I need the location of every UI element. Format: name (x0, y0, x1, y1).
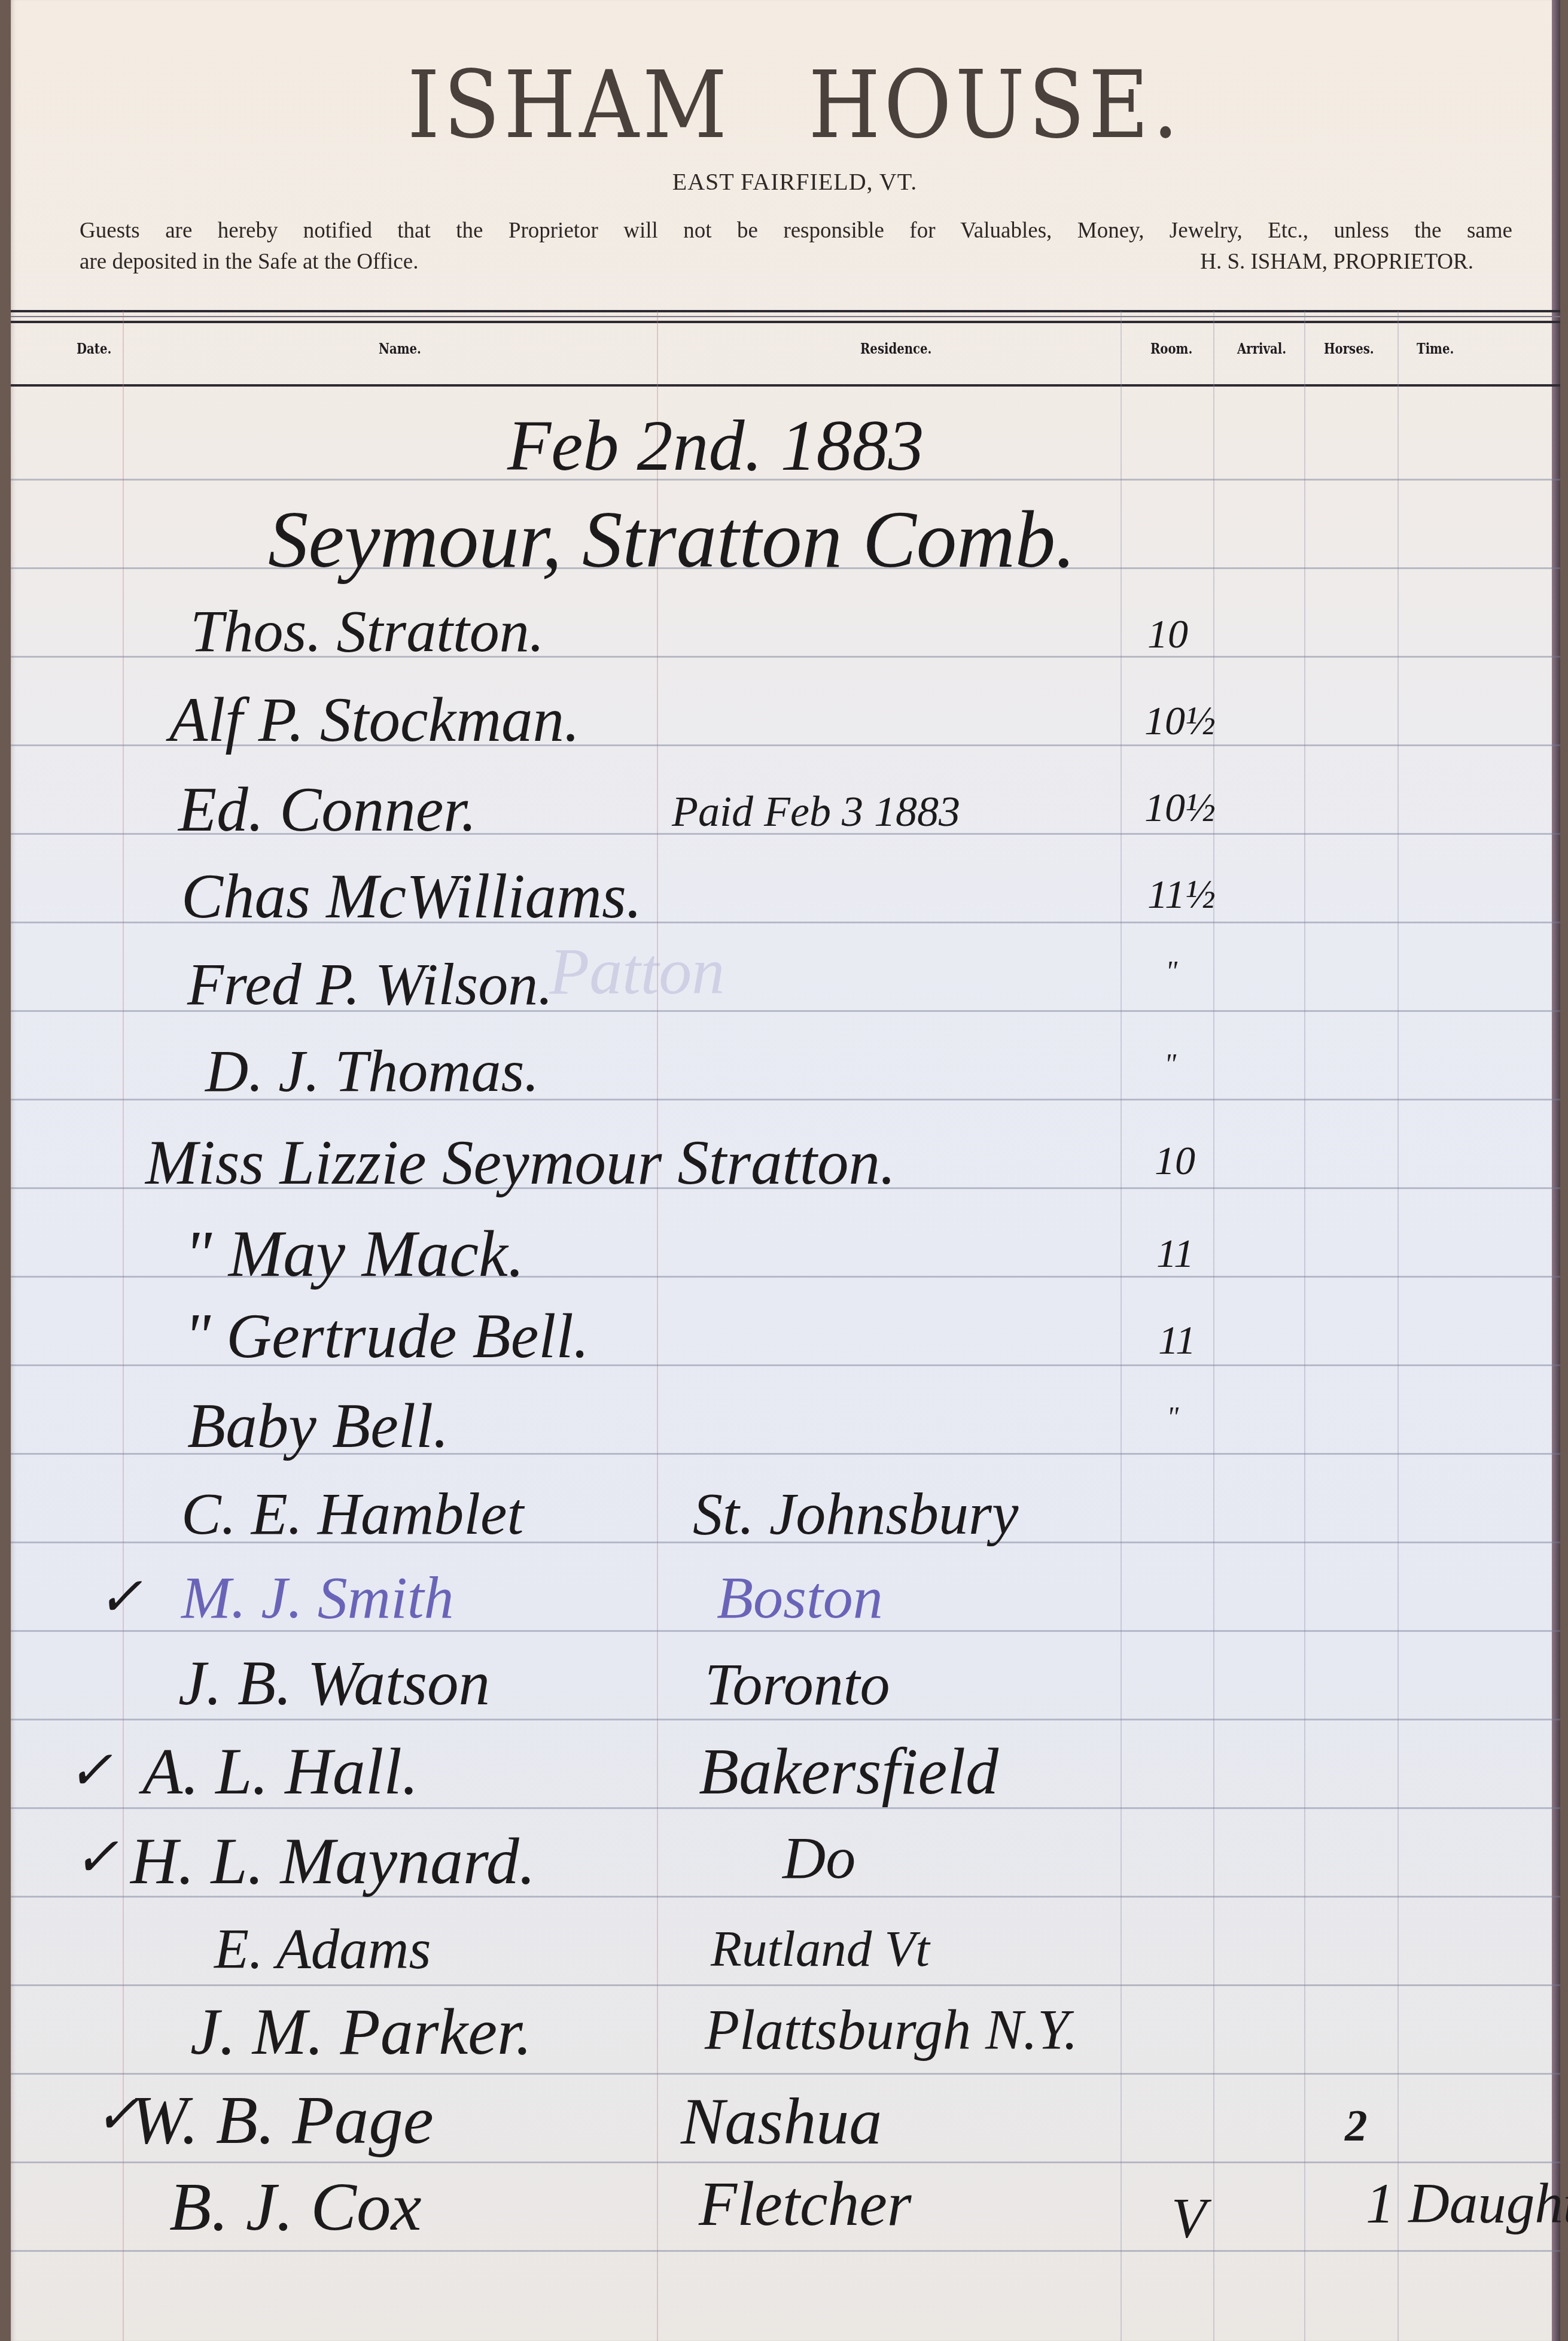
column-divider-arrival (1213, 311, 1214, 2341)
entry-name: M. J. Smith (181, 1568, 453, 1628)
check-mark: ✓ (74, 1831, 118, 1885)
column-header-time: Time. (1417, 340, 1454, 357)
notice-text: Guests are hereby notified that the Prop… (80, 215, 1515, 278)
header-rule-top (11, 310, 1560, 312)
entry-room: " (1167, 1403, 1179, 1432)
page-edge (1552, 0, 1560, 2341)
header-rule-top-thin (11, 316, 1560, 317)
entry-name: Thos. Stratton. (190, 601, 544, 661)
column-divider-horses (1304, 311, 1305, 2341)
entry-date-heading: Feb 2nd. 1883 (507, 410, 924, 482)
entry-name: Fred P. Wilson. (187, 954, 553, 1014)
register-page: ISHAMHOUSE. EAST FAIRFIELD, VT. Guests a… (11, 0, 1560, 2341)
proprietor-signature: H. S. ISHAM, PROPRIETOR. (1200, 247, 1473, 278)
entry-residence: Paid Feb 3 1883 (672, 790, 960, 833)
check-mark: ✓ (68, 1744, 112, 1798)
column-header-name: Name. (379, 340, 421, 357)
entry-name: Miss Lizzie Seymour Stratton. (145, 1131, 896, 1194)
entry-residence: Rutland Vt (711, 1924, 930, 1975)
entry-room: 10 (1147, 613, 1188, 654)
row-rule (11, 2073, 1560, 2075)
entry-residence: Do (783, 1828, 855, 1888)
hotel-title-part1: ISHAM (407, 51, 730, 159)
entry-room: 11 (1158, 1320, 1196, 1360)
entry-name: C. E. Hamblet (181, 1484, 523, 1544)
notice-line-1: Guests are hereby notified that the Prop… (29, 215, 1512, 247)
entry-room: 11½ (1147, 874, 1216, 914)
entry-name: Ed. Conner. (178, 778, 477, 841)
entry-horses: 2 (1345, 2103, 1368, 2148)
row-rule (11, 2161, 1560, 2163)
entry-name: " May Mack. (184, 1221, 524, 1287)
column-header-residence: Residence. (860, 340, 931, 357)
entry-room: 10½ (1144, 787, 1216, 828)
entry-name: J. B. Watson (178, 1652, 490, 1714)
entry-residence: Boston (717, 1568, 883, 1628)
entry-name: D. J. Thomas. (205, 1041, 539, 1101)
check-mark: ✓ (95, 2088, 139, 2142)
entry-name: Alf P. Stockman. (169, 688, 580, 751)
notice-line-2: are deposited in the Safe at the Office. (80, 247, 418, 278)
group-heading: Seymour, Stratton Comb. (268, 500, 1076, 580)
entry-room: 11 (1156, 1233, 1194, 1273)
entry-room: V (1171, 2190, 1206, 2247)
header-rule-bottom (11, 384, 1560, 387)
entry-name: " Gertrude Bell. (184, 1305, 589, 1367)
entry-room: 10½ (1144, 700, 1216, 741)
column-divider-room (1121, 311, 1122, 2341)
row-rule (11, 1984, 1560, 1986)
entry-residence: Fletcher (699, 2172, 912, 2235)
column-header-date: Date. (77, 340, 111, 357)
entry-name: Chas McWilliams. (181, 865, 642, 928)
column-header-horses: Horses. (1324, 340, 1374, 357)
check-mark: ✓ (98, 1571, 142, 1625)
entry-residence: Nashua (681, 2088, 882, 2154)
entry-room: " (1164, 1050, 1176, 1079)
bleed-through-text: Patton (549, 934, 724, 1010)
entry-residence: Bakersfield (699, 1738, 998, 1804)
entry-name: J. M. Parker. (190, 1999, 532, 2065)
entry-room: 10 (1155, 1140, 1195, 1181)
entry-time-note: 1 Daughter (1366, 2175, 1568, 2232)
hotel-title: ISHAMHOUSE. (11, 51, 1568, 159)
hotel-location: EAST FAIRFIELD, VT. (11, 168, 1568, 196)
entry-residence: St. Johnsbury (693, 1484, 1018, 1544)
entry-room: " (1165, 957, 1177, 986)
column-header-room: Room. (1150, 340, 1192, 357)
entry-name: E. Adams (214, 1921, 431, 1978)
entry-residence: Toronto (705, 1655, 890, 1714)
entry-name: B. J. Cox (169, 2172, 422, 2241)
row-rule (11, 2250, 1560, 2252)
column-divider-time (1398, 311, 1399, 2341)
notice-line-2-row: are deposited in the Safe at the Office.… (80, 247, 1473, 278)
hotel-title-part2: HOUSE. (808, 51, 1182, 159)
entry-name: W. B. Page (130, 2085, 434, 2154)
entry-name: Baby Bell. (187, 1394, 449, 1457)
entry-name: H. L. Maynard. (130, 1828, 535, 1894)
entry-residence: Plattsburgh N.Y. (705, 2002, 1078, 2059)
column-divider-date (123, 311, 124, 2341)
header-rule-top-2 (11, 321, 1560, 323)
row-rule (11, 1719, 1560, 1720)
column-divider-residence (657, 311, 658, 2341)
entry-name: A. L. Hall. (142, 1738, 418, 1804)
column-header-arrival: Arrival. (1237, 340, 1286, 357)
